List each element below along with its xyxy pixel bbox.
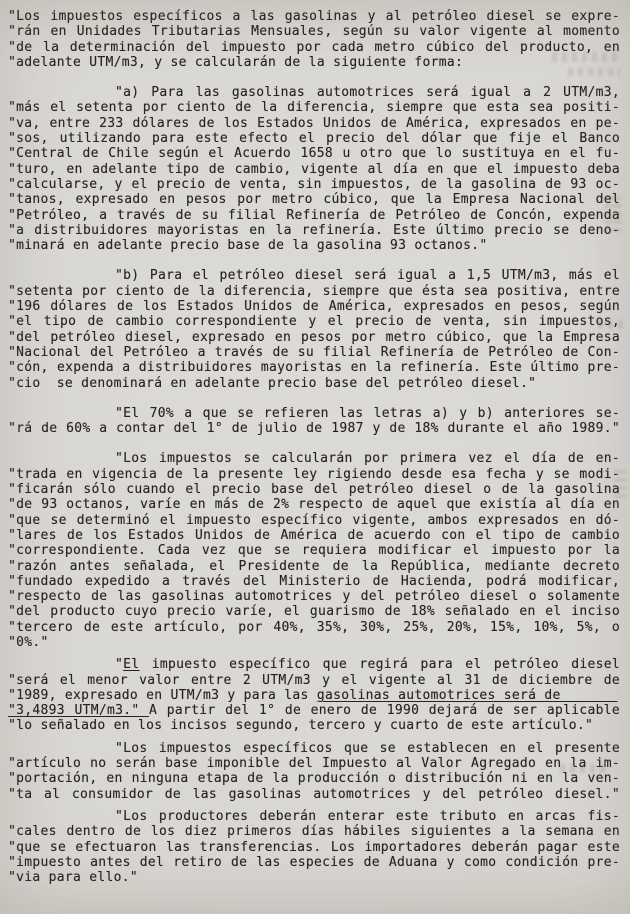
text-line: "del petróleo diesel, expresado en pesos… [8,330,620,345]
text-line: "impuesto antes del retiro de las especi… [8,855,620,870]
paragraph: "a) Para las gasolinas automotrices será… [8,85,620,253]
text-segment: "1989, expresado en UTM/m3 y para las [8,688,317,703]
text-line: "fundado expedido a través del Ministeri… [8,574,620,589]
text-line: "turo, en adelante tipo de cambio, vigen… [8,162,620,177]
text-segment: " [115,657,123,672]
text-line: "setenta por ciento de la diferencia, si… [8,284,620,299]
text-line: "del producto cuyo precio varíe, el guar… [8,604,620,619]
text-line: "el tipo de cambio correspondiente y el … [8,314,620,329]
text-line: "b) Para el petróleo diesel será igual a… [8,268,620,283]
text-line: "más el setenta por ciento de la diferen… [8,100,620,115]
underlined-text [561,688,618,703]
paragraph: "Los impuestos se calcularán por primera… [8,451,620,650]
text-line: "Los impuestos específicos que se establ… [8,741,620,756]
underlined-text: "3,4893 UTM/m3." [8,703,149,718]
text-line: "cón, expenda a distribuidores mayorista… [8,360,620,375]
text-line: "lo señalado en los incisos segundo, ter… [8,718,620,733]
text-line: "razón antes señalada, el Presidente de … [8,559,620,574]
text-line: "tanos, expresado en pesos por metro cúb… [8,192,620,207]
text-line: "Los impuestos específicos a las gasolin… [8,9,620,24]
text-line: "Central de Chile según el Acuerdo 1658 … [8,146,620,161]
text-line: "El 70% a que se refieren las letras a) … [8,406,620,421]
text-line: "tercero de este artículo, por 40%, 35%,… [8,620,620,635]
text-line: "va, entre 233 dólares de los Estados Un… [8,116,620,131]
text-line: "Nacional del Petróleo a través de su fi… [8,345,620,360]
text-line: "via para ello." [8,870,620,885]
underlined-text: El [123,657,139,672]
paragraph: "Los impuestos específicos a las gasolin… [8,9,620,70]
text-segment: impuesto específico que regirá para el p… [139,657,620,672]
paragraph: "Los impuestos específicos que se establ… [8,741,620,802]
text-segment: A partir del 1° de enero de 1990 dejará … [149,703,620,718]
text-line: "Petróleo, a través de su filial Refiner… [8,208,620,223]
text-line: "rá de 60% a contar del 1° de julio de 1… [8,421,620,436]
text-line: "que se efectuaron las transferencias. L… [8,840,620,855]
text-line: "que se determinó el impuesto específico… [8,513,620,528]
text-line: "1989, expresado en UTM/m3 y para las ga… [8,688,620,703]
text-line: "ta al consumidor de las gasolinas autom… [8,787,620,802]
underlined-text: gasolinas automotrices será de [317,688,561,703]
paragraph: "b) Para el petróleo diesel será igual a… [8,268,620,390]
text-line: "correspondiente. Cada vez que se requie… [8,543,620,558]
text-line: "de la determinación del impuesto por ca… [8,40,620,55]
text-line: "3,4893 UTM/m3." A partir del 1° de ener… [8,703,620,718]
paragraph: "El 70% a que se refieren las letras a) … [8,406,620,437]
text-line: "cales dentro de los diez primeros días … [8,824,620,839]
text-line: "calcularse, y el precio de venta, sin i… [8,177,620,192]
paragraph: "El impuesto específico que regirá para … [8,657,620,733]
text-line: "sos, utilizando para este efecto el pre… [8,131,620,146]
text-line: "respecto de las gasolinas automotrices … [8,589,620,604]
text-line: "cio se denominará en adelante precio ba… [8,376,620,391]
document-text: "Los impuestos específicos a las gasolin… [0,0,630,885]
text-line: "portación, en ninguna etapa de la produ… [8,771,620,786]
document-page: "Los impuestos específicos a las gasolin… [0,0,630,914]
text-line: "minará en adelante precio base de la ga… [8,238,620,253]
text-line: "trada en vigencia de la presente ley ri… [8,467,620,482]
text-line: "rán en Unidades Tributarias Mensuales, … [8,24,620,39]
text-line: "de 93 octanos, varíe en más de 2% respe… [8,497,620,512]
text-line: "0%." [8,635,620,650]
text-line: "lares de los Estados Unidos de América … [8,528,620,543]
text-line: "a distribuidores mayoristas en la refin… [8,223,620,238]
text-line: "ficarán sólo cuando el precio base del … [8,482,620,497]
text-line: "Los productores deberán enterar este tr… [8,809,620,824]
text-line: "a) Para las gasolinas automotrices será… [8,85,620,100]
text-line: "será el menor valor entre 2 UTM/m3 y el… [8,673,620,688]
text-line: "artículo no serán base imponible del Im… [8,756,620,771]
text-line: "adelante UTM/m3, y se calcularán de la … [8,55,620,70]
text-line: "El impuesto específico que regirá para … [8,657,620,672]
text-line: "196 dólares de los Estados Unidos de Am… [8,299,620,314]
paragraph: "Los productores deberán enterar este tr… [8,809,620,885]
text-line: "Los impuestos se calcularán por primera… [8,451,620,466]
